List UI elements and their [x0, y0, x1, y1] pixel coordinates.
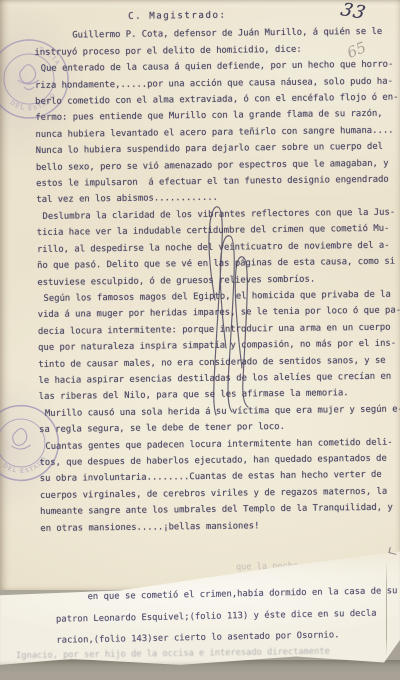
typed-paragraph: Que enterado de la causa á quien defiend… [35, 57, 400, 209]
document-photo: { "document": { "folio_number": "33", "p… [0, 0, 400, 680]
typed-paragraph: Guillermo P. Cota, defensor de Juán Muri… [34, 24, 400, 61]
typed-text-block: C. Magistrado: Guillermo P. Cota, defens… [34, 5, 400, 537]
typed-paragraph: Murillo causó una sola herida á su vícti… [39, 401, 400, 438]
typed-paragraph: Según los famosos magos del Egipto, el h… [37, 286, 400, 405]
typed-paragraph: Deslumbra la claridad de los vibrantes r… [36, 204, 400, 291]
folio-number: 33 [338, 0, 368, 24]
typed-paragraph: Cuantas gentes que padecen locura interm… [39, 434, 400, 537]
